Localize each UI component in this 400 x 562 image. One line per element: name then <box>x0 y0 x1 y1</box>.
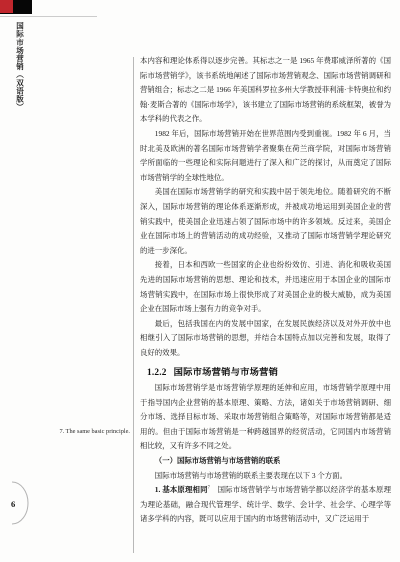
paragraph-6: 国际市场营销学是市场营销学原理的延伸和应用，市场营销学原理中用于指导国内企业营销… <box>140 381 391 454</box>
paragraph-8: 1. 基本原理相同7 国际市场营销学与市场营销学都以经济学的基本原理为理论基础，… <box>140 483 391 527</box>
content-divider-line <box>133 57 134 553</box>
paragraph-5: 最后，包括我国在内的发展中国家，在发展民族经济以及对外开放中也相继引入了国际市场… <box>140 317 391 361</box>
spine-hairline-divider <box>0 16 97 17</box>
paragraph-4: 接着，日本和西欧一些国家的企业也纷纷效仿、引进、消化和吸收美国先进的国际市场营销… <box>140 258 391 316</box>
paragraph-3: 美国在国际市场营销学的研究和实践中居于领先地位。随着研究的不断深入，国际市场营销… <box>140 185 391 258</box>
page-number: 6 <box>11 499 15 509</box>
paragraph-7: 国际市场营销与市场营销的联系主要表现在以下 3 个方面。 <box>140 469 391 484</box>
spine-red-tab <box>0 0 13 13</box>
book-page: 国际市场营销（双语版） 7. The same basic principle.… <box>0 0 400 562</box>
paragraph-8-lead: 1. 基本原理相同 <box>155 485 208 494</box>
footnote-text: 7. The same basic principle. <box>20 428 130 436</box>
section-heading-title: 国际市场营销与市场营销 <box>174 368 278 378</box>
page-number-arc <box>0 478 36 530</box>
spine-book-title: 国际市场营销（双语版） <box>16 22 24 117</box>
main-content: 本内容和理论体系得以逐步完善。其标志之一是 1965 年费耶威泽所著的《国际市场… <box>140 54 391 527</box>
paragraph-2: 1982 年后，国际市场营销开始在世界范围内受到重视。1982 年 6 月，当时… <box>140 127 391 185</box>
subsection-heading: （一）国际市场营销与市场营销的联系 <box>140 454 391 469</box>
section-heading: 1.2.2国际市场营销与市场营销 <box>147 366 391 381</box>
paragraph-1: 本内容和理论体系得以逐步完善。其标志之一是 1965 年费耶威泽所著的《国际市场… <box>140 54 391 127</box>
section-heading-number: 1.2.2 <box>147 368 167 378</box>
